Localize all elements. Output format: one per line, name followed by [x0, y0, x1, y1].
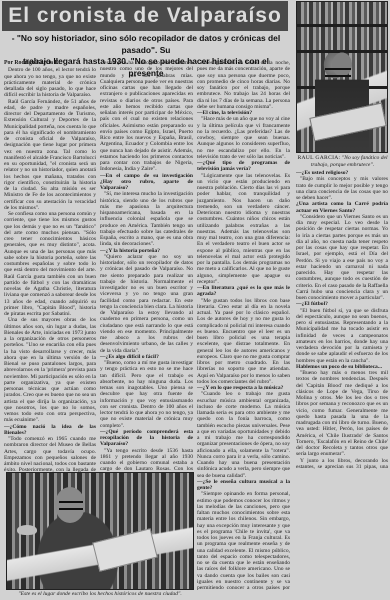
interview-question: —En literatura ¿qué es lo que más le agr… [197, 285, 290, 298]
lamp [17, 525, 37, 535]
paragraph: "Cuando leo o trabajo me gusta escuchar … [197, 391, 290, 479]
column-4-body: —¿Es usted religioso?"Bajo mis conceptos… [296, 170, 388, 470]
paragraph: "Bajo mis conceptos y mis valores trato … [296, 176, 388, 201]
paragraph: "Me gustan todos los libros con base lit… [197, 298, 290, 386]
interview-question: —¿Cómo nació la idea de las Bienales? [4, 424, 96, 437]
interview-question: ¿Una artista como la Carré podría actuar… [296, 201, 388, 214]
paragraph: "El buen fútbol sí, ya que se disfruta d… [296, 308, 388, 364]
paragraph: "Todo comenzó en 1965 cuando me nombraro… [4, 436, 96, 472]
paragraph: "Hace más de un año que no voy al cine y… [197, 116, 290, 160]
caption-name: RAUL GARCIA: [297, 155, 340, 161]
paragraph: Raúl García Fernández, de 51 años de eda… [4, 99, 96, 212]
paragraph: "Bueno, como a mí me gusta investigar y … [100, 360, 193, 429]
byline: Por Rodrigo García E. [4, 60, 96, 66]
interview-question: —¿Qué período comprenderá esta recopilac… [100, 429, 193, 448]
interview-question: —¿Se le enseña cultura musical a la gent… [197, 479, 290, 492]
paragraph: "Ya tengo escrito desde 1536 hasta 1861 … [100, 448, 193, 473]
paragraph: Una de sus mayores obras de los últimos … [4, 317, 96, 423]
paragraph: Y junto a los libros, decorando los esta… [296, 458, 388, 471]
portrait-photo [296, 1, 388, 153]
glasses [325, 68, 351, 77]
column-4: —¿Es usted religioso?"Bajo mis conceptos… [296, 170, 388, 470]
paragraph: "Lógicamente que las telenovelas. Es un … [197, 173, 290, 286]
column-1-body: Dentro de 100 años, el lector tendrá lo … [4, 67, 96, 472]
study-photo [6, 472, 194, 590]
portrait-caption: RAUL GARCIA: "No soy fanático del trabaj… [297, 155, 388, 169]
paragraph: "Considero que un Viernes Santo es un dí… [296, 214, 388, 302]
paragraph: Dentro de 100 años, el lector tendrá lo … [4, 67, 96, 98]
interview-question: —¿Qué tipo de programas de televisión ja… [197, 160, 290, 173]
column-1: Por Rodrigo García E. Dentro de 100 años… [4, 60, 96, 472]
paragraph: "Siempre opinando en forma personal, est… [197, 491, 290, 590]
interview-question: —En el campo de su investigación ¿Hay ot… [100, 173, 193, 192]
paragraph: "Quiero aclarar que no soy un historiado… [100, 254, 193, 354]
bookshelf [297, 24, 387, 27]
paragraph: investigaciones en horas de la noche, pu… [197, 60, 290, 110]
column-2-body: extranjera ha catalogado este certamen n… [100, 60, 193, 472]
writing-paper [92, 528, 157, 572]
deck-line-1: - "No soy historiador, sino sólo recopil… [7, 33, 285, 56]
column-3-body: investigaciones en horas de la noche, pu… [197, 60, 290, 590]
column-2: extranjera ha catalogado este certamen n… [100, 60, 193, 472]
article-title: El cronista de Valparaíso [2, 1, 288, 31]
paragraph: Se confiesa como una persona común y cor… [4, 211, 96, 317]
paragraph: extranjera ha catalogado este certamen n… [100, 60, 193, 173]
study-photo-caption: "Este es el lugar donde escribo los hech… [6, 591, 194, 598]
paragraph: "Bueno hay más o menos tres mil textos d… [296, 370, 388, 458]
paragraph: "Sí, me interesa mucho la investigación … [100, 191, 193, 247]
column-3: investigaciones en horas de la noche, pu… [197, 60, 290, 590]
glasses [59, 501, 83, 510]
